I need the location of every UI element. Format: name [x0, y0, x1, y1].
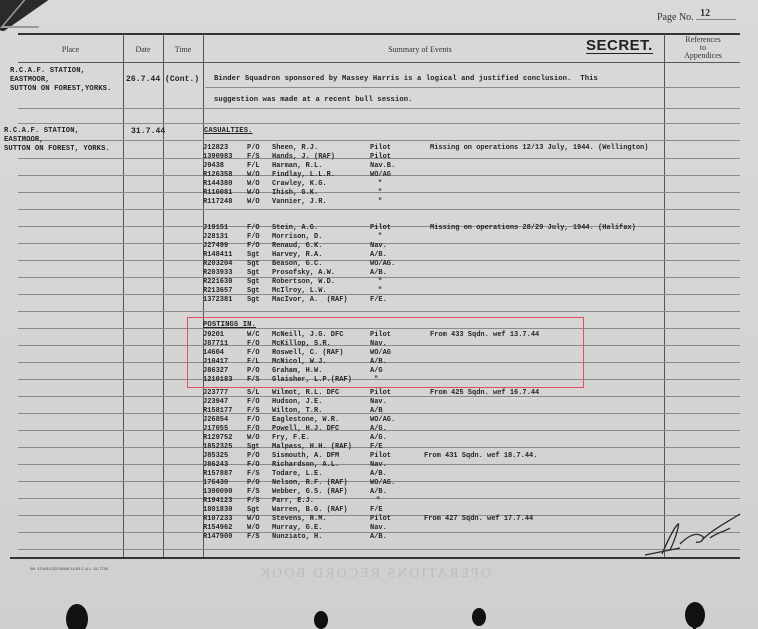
service-number: J19151 — [203, 224, 228, 232]
ruled-line — [18, 209, 740, 210]
service-number: R154962 — [203, 524, 232, 532]
service-number: J9438 — [203, 162, 224, 170]
aircrew-role: A/B. — [370, 488, 387, 496]
person-name: Sismouth, A. DFM — [272, 452, 339, 460]
service-number: R110081 — [203, 189, 232, 197]
place-date-divider — [123, 34, 124, 557]
person-name: Robertson, W.D. — [272, 278, 335, 286]
header-bottom-rule — [18, 62, 740, 63]
table-bottom-rule — [10, 557, 740, 559]
entry2-place-line3: SUTTON ON FOREST, YORKS. — [4, 145, 110, 153]
rank: Sgt — [247, 287, 260, 295]
person-name: Ihish, G.K. — [272, 189, 318, 197]
rank: F/O — [247, 224, 260, 232]
entry1-summary-line1: Binder Squadron sponsored by Massey Harr… — [214, 75, 598, 83]
rank: P/O — [247, 144, 260, 152]
person-name: Murray, G.E. — [272, 524, 322, 532]
person-name: Prosofsky, A.W. — [272, 269, 335, 277]
rank: W/O — [247, 180, 260, 188]
service-number: R203204 — [203, 260, 232, 268]
aircrew-role: Pilot — [370, 452, 391, 460]
aircrew-role: Pilot — [370, 389, 391, 397]
rank: W/O — [247, 434, 260, 442]
rank: F/S — [247, 470, 260, 478]
remark: From 431 Sqdn. wef 18.7.44. — [424, 452, 537, 460]
person-name: Nelson, R.F. (RAF) — [272, 479, 348, 487]
ruled-line — [205, 87, 740, 88]
service-number: R144380 — [203, 180, 232, 188]
remark: From 425 Sqdn. wef 16.7.44 — [430, 389, 539, 397]
service-number: J85325 — [203, 452, 228, 460]
aircrew-role: Nav. — [370, 461, 387, 469]
entry1-place-line3: SUTTON ON FOREST,YORKS. — [10, 85, 112, 93]
column-header-summary: Summary of Events — [300, 45, 540, 54]
column-header-place: Place — [18, 45, 123, 54]
rank: Sgt — [247, 260, 260, 268]
aircrew-role: Pilot — [370, 224, 391, 232]
page-number-label: Page No. — [657, 12, 694, 23]
aircrew-role: Nav. — [370, 398, 387, 406]
service-number: R148411 — [203, 251, 232, 259]
person-name: Parr, E.J. — [272, 497, 314, 505]
column-header-time: Time — [163, 45, 203, 54]
aircrew-role: WO/AG. — [370, 479, 395, 487]
remark: Missing on operations 12/13 July, 1944. … — [430, 144, 648, 152]
rank: F/S — [247, 488, 260, 496]
binder-punch-hole — [66, 604, 88, 629]
service-number: R157887 — [203, 470, 232, 478]
entry2-date: 31.7.44 — [131, 127, 165, 136]
rank: F/O — [247, 425, 260, 433]
person-name: Stevens, R.M. — [272, 515, 327, 523]
aircrew-role: Nav.B. — [370, 162, 395, 170]
service-number: J17055 — [203, 425, 228, 433]
service-number: 1801830 — [203, 506, 232, 514]
service-number: R194123 — [203, 497, 232, 505]
aircrew-role: WO/AG. — [370, 416, 395, 424]
person-name: Powell, H.J. DFC — [272, 425, 339, 433]
person-name: Harvey, R.A. — [272, 251, 322, 259]
aircrew-role: F/E — [370, 506, 383, 514]
entry1-place-line2: EASTMOOR, — [10, 76, 50, 84]
person-name: Vannier, J.R. — [272, 198, 327, 206]
casualties-heading: CASUALTIES. — [204, 127, 253, 135]
aircrew-role: " — [378, 233, 382, 241]
remark: From 427 Sqdn. wef 17.7.44 — [424, 515, 533, 523]
person-name: Webber, G.S. (RAF) — [272, 488, 348, 496]
aircrew-role: A/B. — [370, 470, 387, 478]
rank: S/L — [247, 389, 260, 397]
person-name: Beason, G.C. — [272, 260, 322, 268]
service-number: J23777 — [203, 389, 228, 397]
aircrew-role: Nav. — [370, 524, 387, 532]
highlight-annotation-box — [187, 317, 584, 388]
aircrew-role: " — [378, 278, 382, 286]
service-number: R129752 — [203, 434, 232, 442]
ruled-line — [18, 108, 740, 109]
person-name: Todare, L.E. — [272, 470, 322, 478]
classification-stamp: SECRET. — [586, 38, 653, 54]
rank: Sgt — [247, 296, 260, 304]
rank: Sgt — [247, 278, 260, 286]
aircrew-role: Nav. — [370, 242, 387, 250]
rank: W/O — [247, 198, 260, 206]
person-name: Nunziato, H. — [272, 533, 322, 541]
aircrew-role: A/B — [370, 407, 383, 415]
entry1-date: 26.7.44 — [126, 75, 160, 84]
person-name: Findlay, L.L.R. — [272, 171, 335, 179]
summary-references-divider — [664, 34, 665, 557]
date-time-divider — [163, 34, 164, 557]
person-name: Fry, F.E. — [272, 434, 310, 442]
binder-punch-slot — [693, 620, 696, 629]
rank: F/O — [247, 242, 260, 250]
person-name: Harman, R.L. — [272, 162, 322, 170]
aircrew-role: A/G. — [370, 425, 387, 433]
service-number: 1372381 — [203, 296, 232, 304]
aircrew-role: " — [378, 189, 382, 197]
binder-punch-hole — [472, 608, 486, 626]
person-name: Wilton, T.R. — [272, 407, 322, 415]
rank: W/O — [247, 171, 260, 179]
service-number: 1390090 — [203, 488, 232, 496]
aircrew-role: A/B. — [370, 269, 387, 277]
rank: F/O — [247, 398, 260, 406]
rank: P/O — [247, 452, 260, 460]
service-number: R147900 — [203, 533, 232, 541]
rank: F/S — [247, 497, 260, 505]
column-header-references: References to Appendices — [664, 36, 742, 60]
rank: F/O — [247, 461, 260, 469]
rank: Sgt — [247, 251, 260, 259]
ruled-line — [18, 311, 740, 312]
table-top-rule — [18, 33, 740, 35]
service-number: J26854 — [203, 416, 228, 424]
aircrew-role: A/B. — [370, 533, 387, 541]
bleed-through-text: OPERATIONS RECORD BOOK — [258, 566, 491, 582]
aircrew-role: A/G. — [370, 434, 387, 442]
aircrew-role: WO/AG — [370, 171, 391, 179]
printer-imprint: Wt. 37043/1323 800M 11/43 C.& L. 51-7700 — [30, 566, 108, 571]
aircrew-role: Pilot — [370, 153, 391, 161]
service-number: J12823 — [203, 144, 228, 152]
service-number: 1852325 — [203, 443, 232, 451]
rank: W/O — [247, 515, 260, 523]
service-number: R126358 — [203, 171, 232, 179]
person-name: Wilmot, R.L. DFC — [272, 389, 339, 397]
entry1-time: (Cont.) — [165, 75, 199, 84]
aircrew-role: " — [376, 497, 380, 505]
aircrew-role: Pilot — [370, 515, 391, 523]
page-number-field: Page No. 12 — [657, 12, 736, 24]
aircrew-role: A/B. — [370, 251, 387, 259]
aircrew-role: WO/AG. — [370, 260, 395, 268]
rank: Sgt — [247, 443, 260, 451]
rank: F/O — [247, 416, 260, 424]
person-name: Malpass, H.H. (RAF) — [272, 443, 352, 451]
rank: F/S — [247, 153, 260, 161]
ruled-line — [18, 123, 740, 124]
binder-punch-hole — [314, 611, 328, 629]
service-number: R213657 — [203, 287, 232, 295]
entry1-place-line1: R.C.A.F. STATION, — [10, 67, 85, 75]
ruled-line — [18, 549, 740, 550]
person-name: Hudson, J.E. — [272, 398, 322, 406]
entry2-place-line2: EASTMOOR, — [4, 136, 44, 144]
record-book-page: Page No. 12 Place Date Time Summary of E… — [0, 0, 758, 629]
ruled-line — [18, 140, 740, 141]
rank: F/O — [247, 233, 260, 241]
aircrew-role: " — [378, 180, 382, 188]
service-number: R158177 — [203, 407, 232, 415]
rank: P/O — [247, 479, 260, 487]
service-number: 176430 — [203, 479, 228, 487]
service-number: 1390983 — [203, 153, 232, 161]
person-name: Crawley, K.G. — [272, 180, 327, 188]
column-header-date: Date — [123, 45, 163, 54]
rank: F/L — [247, 162, 260, 170]
service-number: R221630 — [203, 278, 232, 286]
rank: Sgt — [247, 269, 260, 277]
service-number: R117248 — [203, 198, 232, 206]
entry1-summary-line2: suggestion was made at a recent bull ses… — [214, 96, 413, 104]
aircrew-role: " — [378, 198, 382, 206]
person-name: Richardson, A.L. — [272, 461, 339, 469]
service-number: J28131 — [203, 233, 228, 241]
remark: Missing on operations 28/29 July, 1944. … — [430, 224, 636, 232]
person-name: MacIvor, A. (RAF) — [272, 296, 348, 304]
page-number-value: 12 — [696, 8, 736, 20]
person-name: Eaglestone, W.R. — [272, 416, 339, 424]
person-name: Morrison, D. — [272, 233, 322, 241]
service-number: J86243 — [203, 461, 228, 469]
aircrew-role: F/E — [370, 443, 383, 451]
rank: F/S — [247, 407, 260, 415]
person-name: Warren, B.G. (RAF) — [272, 506, 348, 514]
references-line-3: Appendices — [664, 52, 742, 60]
service-number: R203933 — [203, 269, 232, 277]
rank: W/O — [247, 189, 260, 197]
person-name: McIlroy, L.W. — [272, 287, 327, 295]
person-name: Sheen, R.J. — [272, 144, 318, 152]
rank: F/S — [247, 533, 260, 541]
aircrew-role: " — [378, 287, 382, 295]
rank: W/O — [247, 524, 260, 532]
aircrew-role: F/E. — [370, 296, 387, 304]
aircrew-role: Pilot — [370, 144, 391, 152]
entry2-place-line1: R.C.A.F. STATION, — [4, 127, 79, 135]
service-number: R107233 — [203, 515, 232, 523]
person-name: Stein, A.G. — [272, 224, 318, 232]
person-name: Hands, J. (RAF) — [272, 153, 335, 161]
service-number: J23947 — [203, 398, 228, 406]
signature-icon — [640, 510, 745, 560]
rank: Sgt — [247, 506, 260, 514]
service-number: J27499 — [203, 242, 228, 250]
person-name: Renaud, G.K. — [272, 242, 322, 250]
